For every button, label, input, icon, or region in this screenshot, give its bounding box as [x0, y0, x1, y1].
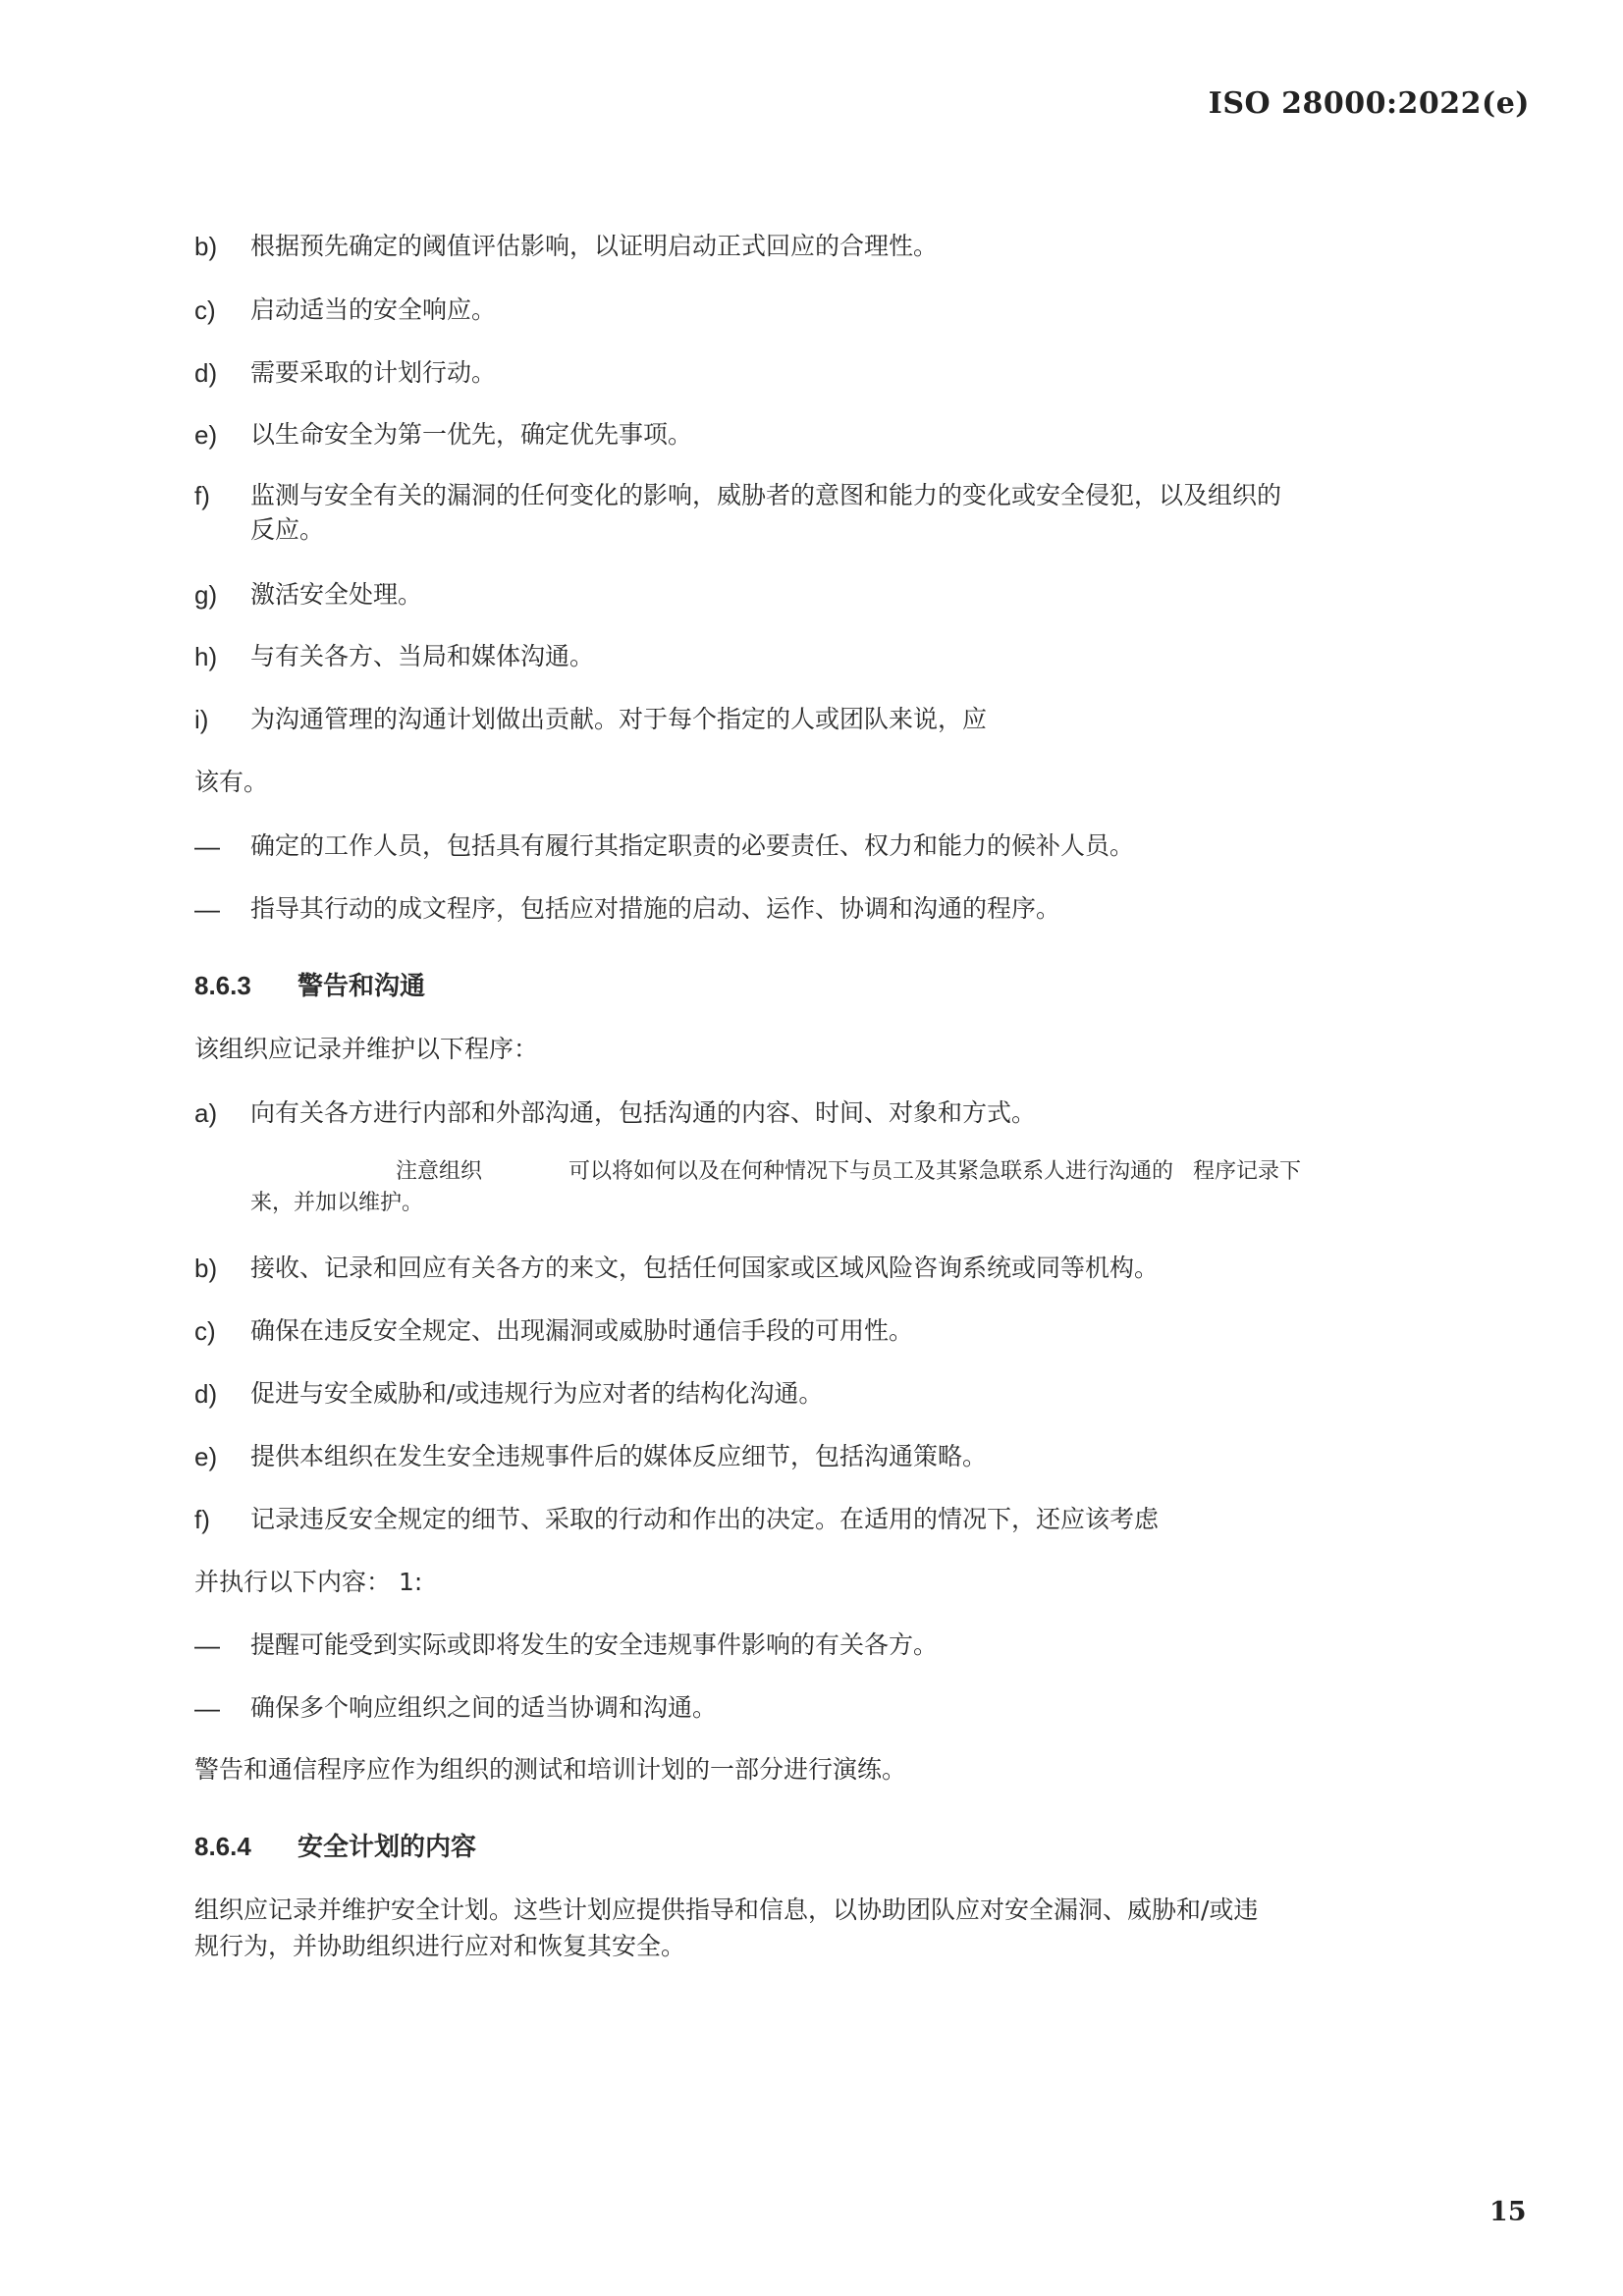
list-text: 提供本组织在发生安全违规事件后的媒体反应细节，包括沟通策略。 — [250, 1438, 1527, 1475]
dash-label: — — [194, 1689, 220, 1727]
note: 注意组织可以将如何以及在何种情况下与员工及其紧急联系人进行沟通的程序记录下 — [250, 1156, 1527, 1188]
list-text: 激活安全处理。 — [250, 576, 1527, 614]
list-label: i) — [194, 701, 208, 738]
dash-text: 确保多个响应组织之间的适当协调和沟通。 — [250, 1689, 1527, 1727]
list-label: g) — [194, 576, 217, 614]
dash-text: 确定的工作人员，包括具有履行其指定职责的必要责任、权力和能力的候补人员。 — [250, 828, 1527, 865]
note-label: 注意组织 — [396, 1159, 482, 1184]
section-title: 安全计划的内容 — [298, 1833, 476, 1862]
list-text: 需要采取的计划行动。 — [250, 354, 1527, 392]
list-label: a) — [194, 1095, 217, 1132]
dash-label: — — [194, 1627, 220, 1664]
paragraph: 该组织应记录并维护以下程序： — [194, 1031, 1530, 1068]
note-text: 可以将如何以及在何种情况下与员工及其紧急联系人进行沟通的 — [568, 1159, 1173, 1184]
list-label: e) — [194, 1438, 217, 1475]
list-label: d) — [194, 354, 217, 392]
section-number: 8.6.4 — [194, 1828, 298, 1865]
list-text: 监测与安全有关的漏洞的任何变化的影响，威胁者的意图和能力的变化或安全侵犯，以及组… — [250, 477, 1527, 514]
section-heading-8-6-4: 8.6.4安全计划的内容 — [194, 1828, 476, 1866]
section-heading-8-6-3: 8.6.3警告和沟通 — [194, 967, 425, 1005]
list-label: b) — [194, 228, 217, 265]
list-text: 与有关各方、当局和媒体沟通。 — [250, 638, 1527, 675]
list-label: f) — [194, 477, 210, 514]
list-label: c) — [194, 1312, 216, 1350]
list-label: f) — [194, 1501, 210, 1538]
list-text: 确保在违反安全规定、出现漏洞或威胁时通信手段的可用性。 — [250, 1312, 1527, 1350]
paragraph: 并执行以下内容： 1: — [194, 1564, 1530, 1601]
list-label: h) — [194, 638, 217, 675]
list-text: 记录违反安全规定的细节、采取的行动和作出的决定。在适用的情况下，还应该考虑 — [250, 1501, 1527, 1538]
list-text: 接收、记录和回应有关各方的来文，包括任何国家或区域风险咨询系统或同等机构。 — [250, 1250, 1527, 1287]
list-label: b) — [194, 1250, 217, 1287]
dash-text: 指导其行动的成文程序，包括应对措施的启动、运作、协调和沟通的程序。 — [250, 890, 1527, 928]
paragraph: 警告和通信程序应作为组织的测试和培训计划的一部分进行演练。 — [194, 1751, 1530, 1789]
section-title: 警告和沟通 — [298, 972, 425, 1001]
note-text: 程序记录下 — [1193, 1159, 1301, 1184]
list-text: 以生命安全为第一优先，确定优先事项。 — [250, 416, 1527, 454]
list-text: 反应。 — [250, 511, 1527, 549]
paragraph: 该有。 — [194, 764, 1530, 801]
list-text: 向有关各方进行内部和外部沟通，包括沟通的内容、时间、对象和方式。 — [250, 1095, 1527, 1132]
note-continuation: 来，并加以维护。 — [250, 1188, 1527, 1219]
page-number: 15 — [1489, 2197, 1527, 2227]
list-text: 根据预先确定的阈值评估影响，以证明启动正式回应的合理性。 — [250, 228, 1527, 265]
section-number: 8.6.3 — [194, 967, 298, 1004]
list-label: c) — [194, 292, 216, 329]
dash-label: — — [194, 828, 220, 865]
paragraph-continuation: 规行为，并协助组织进行应对和恢复其安全。 — [194, 1928, 1530, 1965]
paragraph: 组织应记录并维护安全计划。这些计划应提供指导和信息，以协助团队应对安全漏洞、威胁… — [194, 1892, 1530, 1929]
list-label: d) — [194, 1375, 217, 1413]
dash-text: 提醒可能受到实际或即将发生的安全违规事件影响的有关各方。 — [250, 1627, 1527, 1664]
document-id-header: ISO 28000:2022(e) — [1209, 86, 1530, 121]
list-text: 促进与安全威胁和/或违规行为应对者的结构化沟通。 — [250, 1375, 1527, 1413]
list-text: 启动适当的安全响应。 — [250, 292, 1527, 329]
dash-label: — — [194, 890, 220, 928]
list-label: e) — [194, 416, 217, 454]
list-text: 为沟通管理的沟通计划做出贡献。对于每个指定的人或团队来说，应 — [250, 701, 1527, 738]
